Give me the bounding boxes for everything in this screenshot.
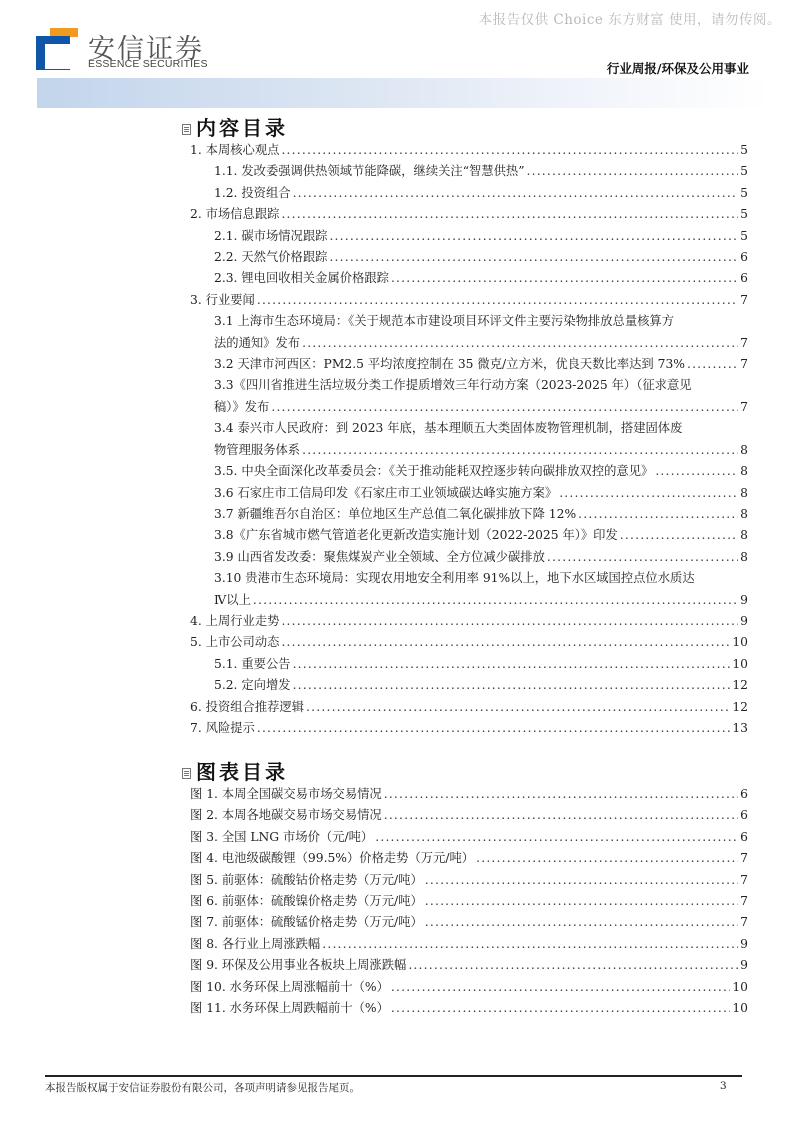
toc-entry-label: 7. 风险提示 [190,718,255,739]
toc-entry-label: 3.8《广东省城市燃气管道老化更新改造实施计划（2022-2025 年）》印发 [214,525,618,546]
toc-entry[interactable]: 图 6. 前驱体：硫酸镍价格走势（万元/吨）7 [182,891,748,912]
header-band [37,78,770,108]
watermark: 本报告仅供 Choice 东方财富 使用，请勿传阅。 [479,8,781,28]
toc-entry-page: 8 [740,461,748,482]
toc-entry[interactable]: 图 3. 全国 LNG 市场价（元/吨）6 [182,827,748,848]
toc-entry-page: 10 [732,632,748,653]
toc-entry-label: 1.2. 投资组合 [214,183,291,204]
toc-entry-page: 7 [740,870,748,891]
dot-leader [329,226,738,247]
dot-leader [425,912,738,933]
footer-disclaimer: 本报告版权属于安信证券股份有限公司，各项声明请参见报告尾页。 [45,1080,360,1095]
toc-entry-label-line1: 3.10 贵港市生态环境局：实现农用地安全利用率 91%以上，地下水区域国控点位… [214,568,748,589]
dot-leader [408,955,738,976]
toc-entry-page: 6 [740,805,748,826]
toc-entry-label: 1. 本周核心观点 [190,140,279,161]
toc-entry[interactable]: 3.6 石家庄市工信局印发《石家庄市工业领域碳达峰实施方案》8 [182,483,748,504]
dot-leader [425,891,738,912]
dot-leader [620,525,738,546]
toc-entry[interactable]: 图 7. 前驱体：硫酸锰价格走势（万元/吨）7 [182,912,748,933]
toc-entry[interactable]: 3.7 新疆维吾尔自治区：单位地区生产总值二氧化碳排放下降 12%8 [182,504,748,525]
toc-entry[interactable]: 3.2 天津市河西区：PM2.5 平均浓度控制在 35 微克/立方米，优良天数比… [182,354,748,375]
dot-leader [559,483,738,504]
toc-entry[interactable]: 2.2. 天然气价格跟踪6 [182,247,748,268]
toc-entry[interactable]: 3.8《广东省城市燃气管道老化更新改造实施计划（2022-2025 年）》印发8 [182,525,748,546]
toc-entry-page: 5 [740,161,748,182]
toc-entry[interactable]: 图 10. 水务环保上周涨幅前十（%）10 [182,977,748,998]
dot-leader [293,183,738,204]
toc-entry[interactable]: 3.5. 中央全面深化改革委员会：《关于推动能耗双控逐步转向碳排放双控的意见》8 [182,461,748,482]
toc-entry-label: 3. 行业要闻 [190,290,255,311]
dot-leader [391,977,730,998]
toc-entry-label: 2. 市场信息跟踪 [190,204,279,225]
dot-leader [329,247,738,268]
toc-entry-label-line1: 3.3《四川省推进生活垃圾分类工作提质增效三年行动方案（2023-2025 年）… [214,375,748,396]
toc-entry[interactable]: 2.3. 锂电回收相关金属价格跟踪6 [182,268,748,289]
dot-leader [391,268,738,289]
dot-leader [281,632,730,653]
toc-entry[interactable]: 3. 行业要闻7 [182,290,748,311]
brand-name-en: ESSENCE SECURITIES [88,58,208,70]
toc-entry-label: 3.5. 中央全面深化改革委员会：《关于推动能耗双控逐步转向碳排放双控的意见》 [214,461,653,482]
toc-entry-page: 6 [740,784,748,805]
toc-entry-page: 7 [740,333,748,354]
dot-leader [293,675,731,696]
toc-entry[interactable]: 5. 上市公司动态10 [182,632,748,653]
toc-entry-label: 图 11. 水务环保上周跌幅前十（%） [190,998,389,1019]
dot-leader [257,290,738,311]
toc-entry[interactable]: 3.1 上海市生态环境局：《关于规范本市建设项目环评文件主要污染物排放总量核算方… [182,311,748,354]
dot-leader [476,848,738,869]
toc-entry-page: 10 [732,977,748,998]
toc-entry-page: 6 [740,268,748,289]
dot-leader [687,354,738,375]
toc-entry-label: 物管理服务体系 [214,440,300,461]
dot-leader [322,934,738,955]
toc-entry-label: 图 4. 电池级碳酸锂（99.5%）价格走势（万元/吨） [190,848,474,869]
toc-entry-label: 图 10. 水务环保上周涨幅前十（%） [190,977,389,998]
dot-leader [526,161,738,182]
document-icon [182,768,191,779]
toc-entry[interactable]: 图 8. 各行业上周涨跌幅9 [182,934,748,955]
dot-leader [281,140,738,161]
toc-entry[interactable]: 3.9 山西省发改委：聚焦煤炭产业全领域、全方位减少碳排放8 [182,547,748,568]
figures-title: 图表目录 [182,756,748,784]
dot-leader [281,204,738,225]
toc-entry-page: 7 [740,397,748,418]
dot-leader [655,461,738,482]
dot-leader [306,697,730,718]
toc-entry[interactable]: 3.4 泰兴市人民政府：到 2023 年底，基本理顺五大类固体废物管理机制，搭建… [182,418,748,461]
toc-entry-label: 6. 投资组合推荐逻辑 [190,697,304,718]
toc-entry[interactable]: 1.2. 投资组合5 [182,183,748,204]
dot-leader [375,827,738,848]
toc-entry-page: 9 [740,934,748,955]
contents-list: 1. 本周核心观点51.1. 发改委强调供热领域节能降碳，继续关注“智慧供热”5… [182,140,748,739]
toc-entry-page: 8 [740,504,748,525]
figures-title-text: 图表目录 [196,756,288,785]
toc-entry-label: 图 8. 各行业上周涨跌幅 [190,934,320,955]
toc-entry-page: 5 [740,140,748,161]
dot-leader [547,547,738,568]
dot-leader [257,718,731,739]
toc-entry-label: 图 9. 环保及公用事业各板块上周涨跌幅 [190,955,406,976]
toc-entry[interactable]: 图 9. 环保及公用事业各板块上周涨跌幅9 [182,955,748,976]
toc-entry-label-line1: 3.1 上海市生态环境局：《关于规范本市建设项目环评文件主要污染物排放总量核算方 [214,311,748,332]
toc-entry-label: 2.3. 锂电回收相关金属价格跟踪 [214,268,389,289]
toc-entry-label: Ⅳ以上 [214,590,251,611]
toc-entry[interactable]: 图 1. 本周全国碳交易市场交易情况6 [182,784,748,805]
toc-entry-page: 9 [740,611,748,632]
dot-leader [384,784,738,805]
toc-entry-label: 5.2. 定向增发 [214,675,291,696]
toc-entry-page: 6 [740,247,748,268]
toc-entry-label: 2.2. 天然气价格跟踪 [214,247,327,268]
toc-entry-page: 6 [740,827,748,848]
toc-entry[interactable]: 图 5. 前驱体：硫酸钴价格走势（万元/吨）7 [182,870,748,891]
toc-entry-label: 4. 上周行业走势 [190,611,279,632]
document-icon [182,124,191,135]
dot-leader [253,590,738,611]
toc-entry-label: 图 7. 前驱体：硫酸锰价格走势（万元/吨） [190,912,423,933]
toc-entry-page: 7 [740,912,748,933]
toc-entry-page: 8 [740,547,748,568]
toc-entry-page: 12 [732,697,748,718]
toc-entry-label-line1: 3.4 泰兴市人民政府：到 2023 年底，基本理顺五大类固体废物管理机制，搭建… [214,418,748,439]
toc-entry-page: 5 [740,183,748,204]
figures-toc: 图表目录 图 1. 本周全国碳交易市场交易情况6图 2. 本周各地碳交易市场交易… [182,756,748,1019]
contents-title: 内容目录 [182,112,748,140]
toc-entry-label: 图 3. 全国 LNG 市场价（元/吨） [190,827,373,848]
figures-list: 图 1. 本周全国碳交易市场交易情况6图 2. 本周各地碳交易市场交易情况6图 … [182,784,748,1019]
toc-entry-label: 稿）》发布 [214,397,269,418]
toc-entry-label: 5. 上市公司动态 [190,632,279,653]
brand-logo-icon [36,28,78,70]
toc-entry[interactable]: 4. 上周行业走势9 [182,611,748,632]
toc-entry-page: 7 [740,354,748,375]
dot-leader [302,333,738,354]
toc-entry[interactable]: 3.10 贵港市生态环境局：实现农用地安全利用率 91%以上，地下水区域国控点位… [182,568,748,611]
toc-entry-page: 7 [740,891,748,912]
toc-entry-label: 图 2. 本周各地碳交易市场交易情况 [190,805,382,826]
toc-entry[interactable]: 3.3《四川省推进生活垃圾分类工作提质增效三年行动方案（2023-2025 年）… [182,375,748,418]
toc-entry-label: 3.7 新疆维吾尔自治区：单位地区生产总值二氧化碳排放下降 12% [214,504,576,525]
toc-entry-label: 2.1. 碳市场情况跟踪 [214,226,327,247]
toc-entry-label: 法的通知》发布 [214,333,300,354]
toc-entry-page: 5 [740,226,748,247]
toc-entry-page: 10 [732,998,748,1019]
report-type: 行业周报/环保及公用事业 [607,59,749,77]
dot-leader [302,440,738,461]
toc-entry-page: 13 [732,718,748,739]
toc-entry[interactable]: 5.1. 重要公告10 [182,654,748,675]
toc-entry[interactable]: 6. 投资组合推荐逻辑12 [182,697,748,718]
toc-entry-label: 图 1. 本周全国碳交易市场交易情况 [190,784,382,805]
contents-title-text: 内容目录 [196,112,288,141]
toc-entry-page: 8 [740,483,748,504]
toc-entry[interactable]: 2.1. 碳市场情况跟踪5 [182,226,748,247]
toc-entry-page: 9 [740,955,748,976]
toc-entry[interactable]: 图 4. 电池级碳酸锂（99.5%）价格走势（万元/吨）7 [182,848,748,869]
toc-entry-label: 5.1. 重要公告 [214,654,291,675]
dot-leader [578,504,738,525]
toc-entry-page: 7 [740,848,748,869]
toc-entry-page: 12 [732,675,748,696]
toc-entry-page: 9 [740,590,748,611]
toc-entry[interactable]: 图 2. 本周各地碳交易市场交易情况6 [182,805,748,826]
dot-leader [425,870,738,891]
toc-entry[interactable]: 5.2. 定向增发12 [182,675,748,696]
toc-entry-label: 1.1. 发改委强调供热领域节能降碳，继续关注“智慧供热” [214,161,524,182]
toc-entry-label: 3.6 石家庄市工信局印发《石家庄市工业领域碳达峰实施方案》 [214,483,557,504]
dot-leader [281,611,738,632]
dot-leader [293,654,731,675]
toc-entry[interactable]: 图 11. 水务环保上周跌幅前十（%）10 [182,998,748,1019]
dot-leader [391,998,730,1019]
contents-toc: 内容目录 1. 本周核心观点51.1. 发改委强调供热领域节能降碳，继续关注“智… [182,112,748,739]
dot-leader [384,805,738,826]
toc-entry-page: 10 [732,654,748,675]
page-number: 3 [720,1080,727,1092]
toc-entry[interactable]: 1.1. 发改委强调供热领域节能降碳，继续关注“智慧供热”5 [182,161,748,182]
toc-entry-label: 图 5. 前驱体：硫酸钴价格走势（万元/吨） [190,870,423,891]
toc-entry[interactable]: 1. 本周核心观点5 [182,140,748,161]
toc-entry-page: 8 [740,440,748,461]
toc-entry-page: 8 [740,525,748,546]
toc-entry[interactable]: 7. 风险提示13 [182,718,748,739]
toc-entry-label: 3.9 山西省发改委：聚焦煤炭产业全领域、全方位减少碳排放 [214,547,545,568]
toc-entry-label: 图 6. 前驱体：硫酸镍价格走势（万元/吨） [190,891,423,912]
footer-divider [45,1075,742,1077]
toc-entry-label: 3.2 天津市河西区：PM2.5 平均浓度控制在 35 微克/立方米，优良天数比… [214,354,685,375]
toc-entry[interactable]: 2. 市场信息跟踪5 [182,204,748,225]
toc-entry-page: 5 [740,204,748,225]
toc-entry-page: 7 [740,290,748,311]
dot-leader [271,397,738,418]
